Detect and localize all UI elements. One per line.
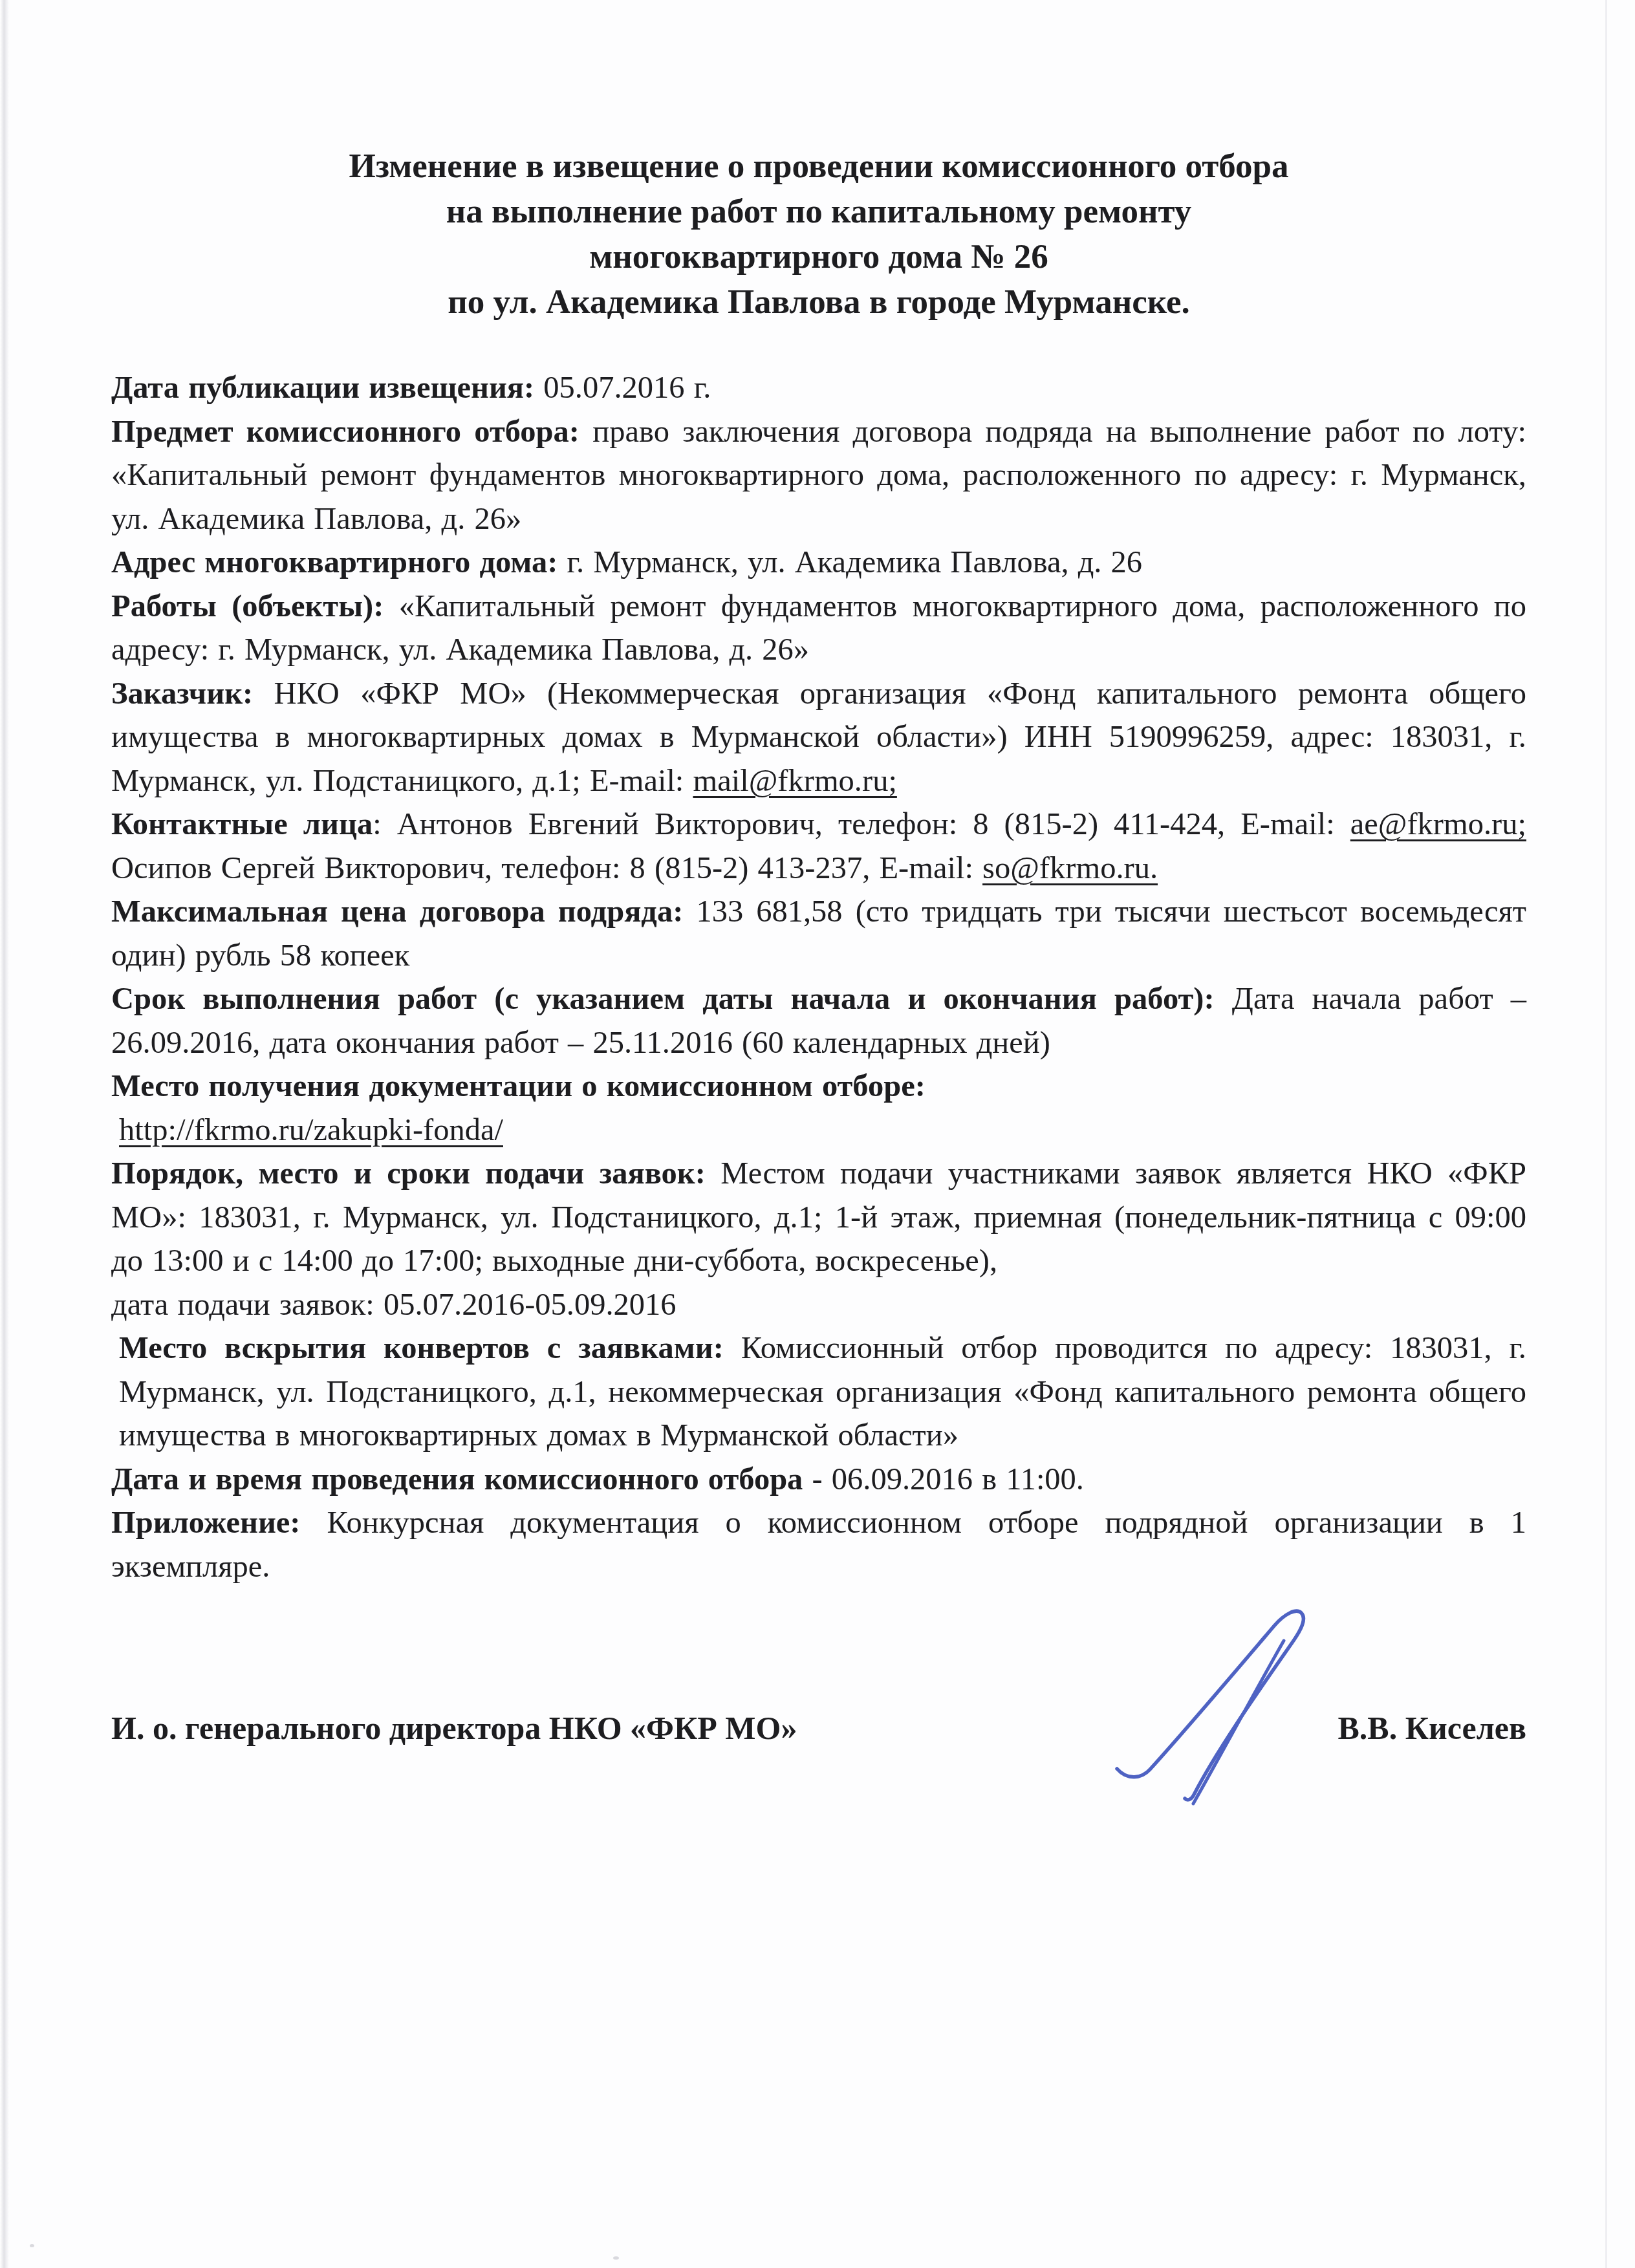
label-publication-date: Дата публикации извещения: xyxy=(111,371,534,405)
scan-edge-left-artifact xyxy=(0,0,9,2268)
field-max-price: Максимальная цена договора подряда: 133 … xyxy=(111,890,1526,977)
label-contacts: Контактные лица xyxy=(111,807,373,841)
label-works: Работы (объекты): xyxy=(111,589,384,623)
signature-role-label: И. о. генерального директора НКО «ФКР МО… xyxy=(111,1708,797,1748)
field-publication-date: Дата публикации извещения: 05.07.2016 г. xyxy=(111,366,1526,410)
field-submission-order: Порядок, место и сроки подачи заявок: Ме… xyxy=(111,1152,1526,1283)
signature-name: В.В. Киселев xyxy=(1337,1708,1526,1748)
field-work-period: Срок выполнения работ (с указанием даты … xyxy=(111,977,1526,1064)
label-attachment: Приложение: xyxy=(111,1506,301,1540)
field-subject: Предмет комиссионного отбора: право закл… xyxy=(111,410,1526,541)
document-content: Изменение в извещение о проведении комис… xyxy=(111,144,1526,1748)
field-building-address: Адрес многоквартирного дома: г. Мурманск… xyxy=(111,541,1526,585)
value-contact-1: : Антонов Евгений Викторович, телефон: 8… xyxy=(373,807,1350,841)
label-selection-datetime: Дата и время проведения комиссионного от… xyxy=(111,1462,803,1496)
label-docs-place: Место получения документации о комиссион… xyxy=(111,1069,926,1103)
value-publication-date: 05.07.2016 г. xyxy=(534,371,711,405)
signature-block: И. о. генерального директора НКО «ФКР МО… xyxy=(111,1708,1526,1748)
field-contacts: Контактные лица: Антонов Евгений Викторо… xyxy=(111,803,1526,890)
value-attachment: Конкурсная документация о комиссионном о… xyxy=(111,1506,1526,1584)
doc-title-line: на выполнение работ по капитальному ремо… xyxy=(111,189,1526,234)
value-contact-2: Осипов Сергей Викторович, телефон: 8 (81… xyxy=(111,851,982,885)
label-customer: Заказчик: xyxy=(111,676,253,711)
field-envelope-opening: Место вскрытия конвертов с заявками: Ком… xyxy=(111,1326,1526,1458)
value-building-address: г. Мурманск, ул. Академика Павлова, д. 2… xyxy=(558,545,1142,579)
label-max-price: Максимальная цена договора подряда: xyxy=(111,894,683,929)
field-submission-dates: дата подачи заявок: 05.07.2016-05.09.201… xyxy=(111,1283,1526,1327)
label-work-period: Срок выполнения работ (с указанием даты … xyxy=(111,982,1215,1016)
url-link-zakupki: http://fkrmo.ru/zakupki-fonda/ xyxy=(119,1113,503,1147)
document-title: Изменение в извещение о проведении комис… xyxy=(111,144,1526,325)
field-attachment: Приложение: Конкурсная документация о ко… xyxy=(111,1501,1526,1588)
scan-speck xyxy=(613,2256,619,2260)
field-works: Работы (объекты): «Капитальный ремонт фу… xyxy=(111,585,1526,672)
field-customer: Заказчик: НКО «ФКР МО» (Некоммерческая о… xyxy=(111,672,1526,803)
value-submission-dates: дата подачи заявок: 05.07.2016-05.09.201… xyxy=(111,1288,677,1322)
scan-edge-right-artifact xyxy=(1605,0,1607,2268)
field-selection-datetime: Дата и время проведения комиссионного от… xyxy=(111,1458,1526,1502)
document-body: Дата публикации извещения: 05.07.2016 г.… xyxy=(111,366,1526,1588)
label-submission-order: Порядок, место и сроки подачи заявок: xyxy=(111,1156,706,1191)
email-link-so: so@fkrmo.ru. xyxy=(982,851,1158,885)
email-link-mail: mail@fkrmo.ru; xyxy=(693,764,896,798)
label-subject: Предмет комиссионного отбора: xyxy=(111,415,579,449)
doc-title-line: по ул. Академика Павлова в городе Мурман… xyxy=(111,279,1526,325)
label-building-address: Адрес многоквартирного дома: xyxy=(111,545,558,579)
scanned-document-page: Изменение в извещение о проведении комис… xyxy=(0,0,1635,2268)
email-link-ae: ae@fkrmo.ru; xyxy=(1350,807,1526,841)
label-envelope-opening: Место вскрытия конвертов с заявками: xyxy=(119,1331,724,1365)
docs-url-line: http://fkrmo.ru/zakupki-fonda/ xyxy=(111,1108,1526,1152)
field-docs-place-label: Место получения документации о комиссион… xyxy=(111,1064,1526,1108)
value-selection-datetime: - 06.09.2016 в 11:00. xyxy=(803,1462,1084,1496)
doc-title-line: Изменение в извещение о проведении комис… xyxy=(111,144,1526,189)
scan-speck xyxy=(30,2244,34,2247)
doc-title-line: многоквартирного дома № 26 xyxy=(111,234,1526,279)
